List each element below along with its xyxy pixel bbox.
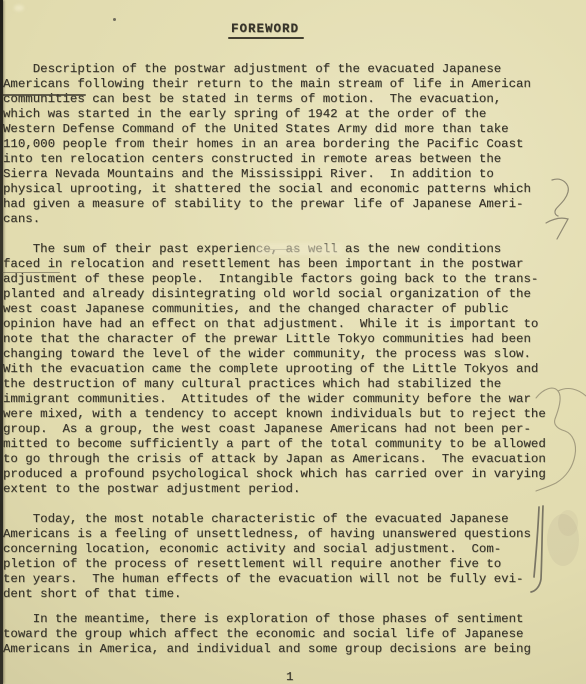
page-title: FOREWORD: [231, 22, 299, 37]
pencil-smudge-2: [558, 510, 578, 536]
pencil-emphasis-strokes-icon: [531, 506, 543, 592]
page-number: 1: [286, 670, 293, 684]
scanned-document-page: FOREWORD Description of the postwar adju…: [0, 0, 586, 684]
paragraph-2: The sum of their past experience, as wel…: [3, 242, 546, 497]
paragraph-1: Description of the postwar adjustment of…: [3, 62, 531, 227]
pencil-smudge: [547, 514, 579, 566]
title-underline: [228, 37, 304, 39]
paragraph-3: Today, the most notable characteristic o…: [3, 512, 531, 602]
pencil-squiggle-small-icon: [546, 179, 568, 239]
eraser-smudge: [256, 243, 342, 255]
paper-speck: [113, 18, 116, 21]
paper-light-spot: [14, 5, 24, 11]
paragraph-4: In the meantime, there is exploration of…: [3, 612, 531, 657]
